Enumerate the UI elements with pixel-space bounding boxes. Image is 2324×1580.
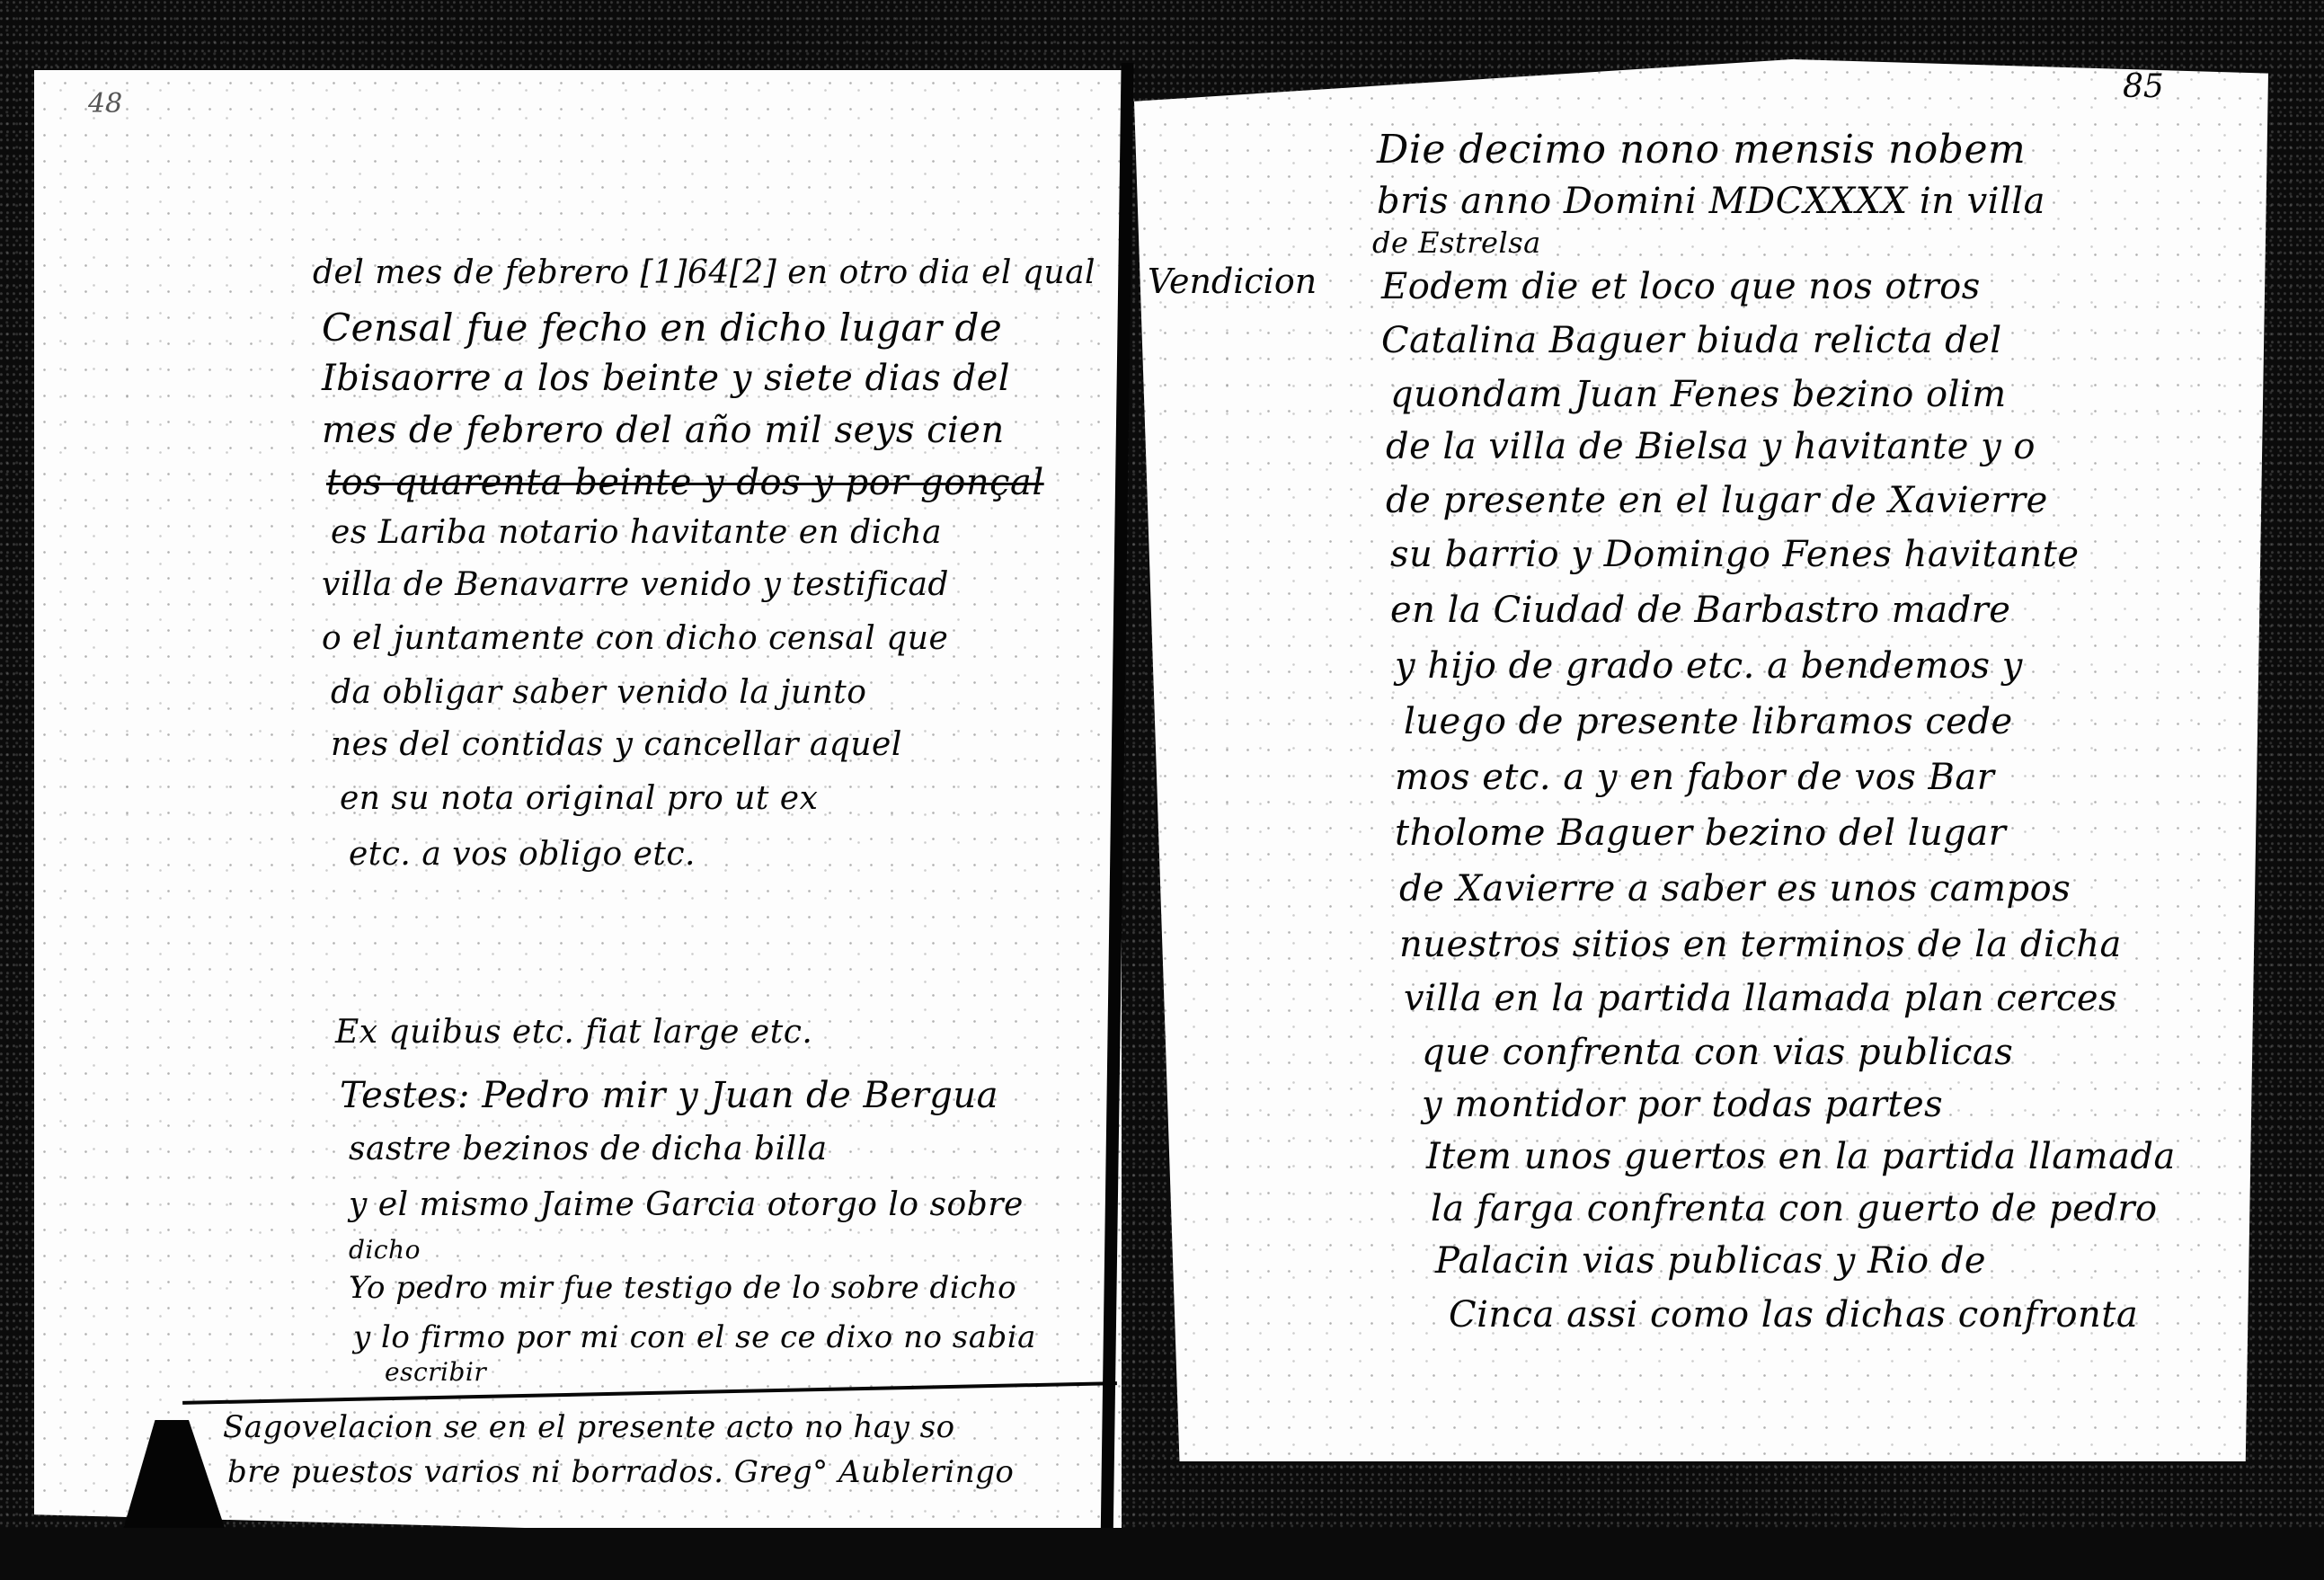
text-line: mos etc. a y en fabor de vos Bar <box>1395 757 1994 798</box>
text-line: mes de febrero del año mil seys cien <box>322 410 1005 451</box>
text-line: Die decimo nono mensis nobem <box>1377 127 2026 173</box>
text-line: de la villa de Bielsa y havitante y o <box>1386 426 2036 467</box>
text-line: de Estrelsa <box>1372 226 1541 260</box>
text-line: bre puestos varios ni borrados. Greg° Au… <box>227 1454 1014 1490</box>
text-line: su barrio y Domingo Fenes havitante <box>1390 534 2079 575</box>
separator-rule <box>182 1381 1117 1405</box>
text-line: que confrenta con vias publicas <box>1422 1032 2013 1073</box>
text-line: nes del contidas y cancellar aquel <box>331 726 902 763</box>
text-line: etc. a vos obligo etc. <box>349 836 696 873</box>
text-line: Catalina Baguer biuda relicta del <box>1381 320 2002 361</box>
text-line: en la Ciudad de Barbastro madre <box>1390 590 2010 631</box>
text-line: y hijo de grado etc. a bendemos y <box>1395 645 2023 687</box>
left-page: 48 del mes de febrero [1]64[2] en otro d… <box>34 70 1122 1544</box>
text-line: y montidor por todas partes <box>1422 1084 1943 1125</box>
left-folio-number: 48 <box>88 88 122 120</box>
text-line: escribir <box>385 1357 486 1387</box>
text-line: Cinca assi como las dichas confronta <box>1449 1294 2138 1336</box>
right-page: 85 Vendicion Die decimo nono mensis nobe… <box>1134 59 2268 1461</box>
text-line: sastre bezinos de dicha billa <box>349 1131 828 1167</box>
scan-bottom-border <box>0 1528 2324 1580</box>
text-line: Item unos guertos en la partida llamada <box>1426 1136 2176 1177</box>
text-line: Testes: Pedro mir y Juan de Bergua <box>340 1075 998 1116</box>
text-line: de Xavierre a saber es unos campos <box>1399 868 2071 910</box>
page-number: 85 <box>2123 68 2164 105</box>
text-line: la farga confrenta con guerto de pedro <box>1431 1188 2158 1229</box>
text-line: Palacin vias publicas y Rio de <box>1435 1240 1986 1282</box>
text-line: da obligar saber venido la junto <box>331 674 866 711</box>
text-line: Ibisaorre a los beinte y siete dias del <box>322 358 1010 399</box>
margin-note: Vendicion <box>1148 262 1317 301</box>
text-line: villa de Benavarre venido y testificad <box>322 566 949 603</box>
text-line: es Lariba notario havitante en dicha <box>331 514 942 551</box>
text-line: tholome Baguer bezino del lugar <box>1395 812 2006 854</box>
text-line: en su nota original pro ut ex <box>340 780 818 817</box>
text-line: luego de presente libramos cede <box>1404 701 2013 742</box>
text-line-struck: tos quarenta beinte y dos y por gonçal <box>326 462 1044 503</box>
text-line: Eodem die et loco que nos otros <box>1381 266 1981 307</box>
text-line: nuestros sitios en terminos de la dicha <box>1399 924 2122 965</box>
text-line: villa en la partida llamada plan cerces <box>1404 978 2117 1019</box>
text-line: de presente en el lugar de Xavierre <box>1386 480 2048 521</box>
text-line: y lo firmo por mi con el se ce dixo no s… <box>353 1319 1036 1355</box>
text-line: Sagovelacion se en el presente acto no h… <box>223 1409 955 1445</box>
text-line: quondam Juan Fenes bezino olim <box>1390 374 2007 415</box>
text-line: y el mismo Jaime Garcia otorgo lo sobre <box>349 1186 1024 1223</box>
text-line: Yo pedro mir fue testigo de lo sobre dic… <box>349 1270 1016 1306</box>
text-line: Ex quibus etc. fiat large etc. <box>335 1014 812 1051</box>
text-line: dicho <box>349 1235 421 1265</box>
text-line: o el juntamente con dicho censal que <box>322 620 948 657</box>
text-line: bris anno Domini MDCXXXX in villa <box>1377 181 2045 222</box>
text-line: Censal fue fecho en dicho lugar de <box>322 306 1002 350</box>
text-line: del mes de febrero [1]64[2] en otro dia … <box>313 254 1095 291</box>
